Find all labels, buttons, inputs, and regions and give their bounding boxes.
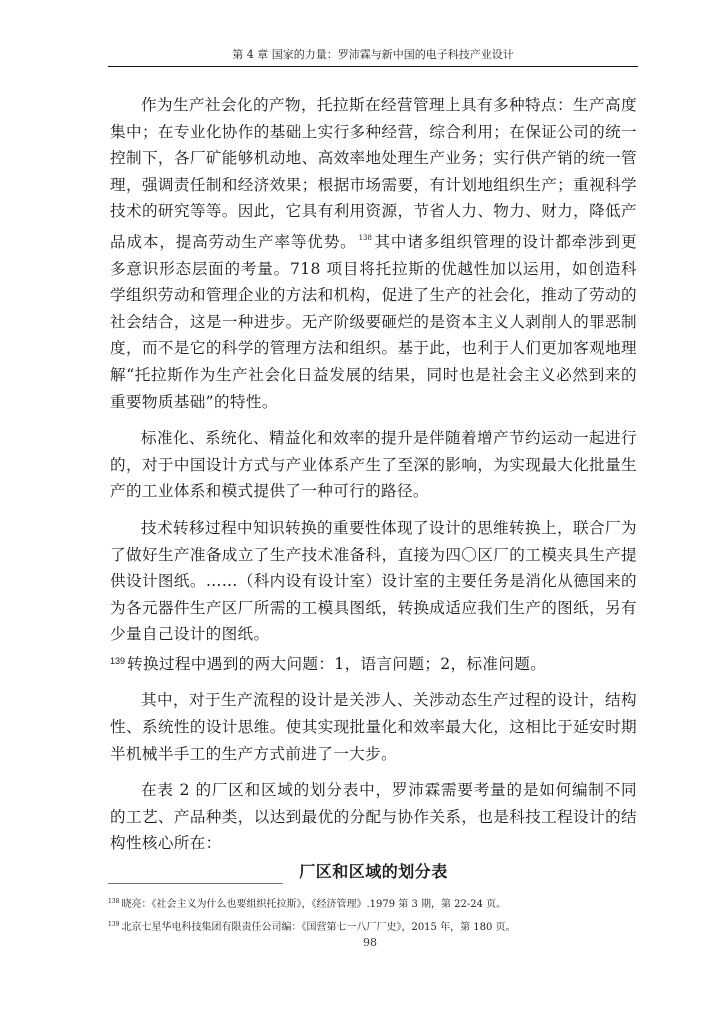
page-number: 98 (330, 936, 410, 949)
paragraph-text: 转换过程中遇到的两大问题：1，语言问题；2，标准问题。 (127, 655, 546, 673)
footnote-ref-138[interactable]: 138 (359, 234, 372, 242)
footnote-divider (108, 883, 283, 884)
paragraph-text: 技术转移过程中知识转换的重要性体现了设计的思维转换上，联合厂为了做好生产准备成立… (110, 519, 637, 643)
paragraph-text: 其中诸多组织管理的设计都牵涉到更多意识形态层面的考量。718 项目将托拉斯的优越… (110, 233, 637, 411)
footnotes: 138晓亮：《社会主义为什么也要组织托拉斯》，《经济管理》.1979 第 3 期… (108, 892, 638, 938)
footnote-number: 138 (108, 898, 119, 905)
paragraph-technology-transfer: 技术转移过程中知识转换的重要性体现了设计的思维转换上，联合厂为了做好生产准备成立… (110, 515, 637, 678)
footnote-139: 139北京七星华电科技集团有限责任公司编：《国营第七一八厂厂史》，2015 年，… (108, 915, 638, 938)
body-text: 作为生产社会化的产物，托拉斯在经营管理上具有多种特点：生产高度集中；在专业化协作… (110, 92, 637, 885)
running-header: 第 4 章 国家的力量：罗沛霖与新中国的电子科技产业设计 (108, 48, 638, 62)
paragraph-trust-features: 作为生产社会化的产物，托拉斯在经营管理上具有多种特点：生产高度集中；在专业化协作… (110, 92, 637, 415)
paragraph-production-flow: 其中，对于生产流程的设计是关涉人、关涉动态生产过程的设计，结构性、系统性的设计思… (110, 687, 637, 767)
header-divider (108, 66, 638, 67)
footnote-ref-139[interactable]: 139 (110, 656, 125, 666)
table-title: 厂区和区域的划分表 (110, 859, 637, 885)
footnote-138: 138晓亮：《社会主义为什么也要组织托拉斯》，《经济管理》.1979 第 3 期… (108, 892, 638, 915)
footnote-text: 北京七星华电科技集团有限责任公司编：《国营第七一八厂厂史》，2015 年，第 1… (121, 922, 515, 933)
paragraph-standardization: 标准化、系统化、精益化和效率的提升是伴随着增产节约运动一起进行的，对于中国设计方… (110, 425, 637, 505)
paragraph-text: 作为生产社会化的产物，托拉斯在经营管理上具有多种特点：生产高度集中；在专业化协作… (110, 96, 637, 251)
footnote-text: 晓亮：《社会主义为什么也要组织托拉斯》，《经济管理》.1979 第 3 期，第 … (121, 899, 506, 910)
paragraph-table-intro: 在表 2 的厂区和区域的划分表中，罗沛霖需要考量的是如何编制不同的工艺、产品种类… (110, 777, 637, 857)
footnote-number: 139 (108, 921, 119, 928)
